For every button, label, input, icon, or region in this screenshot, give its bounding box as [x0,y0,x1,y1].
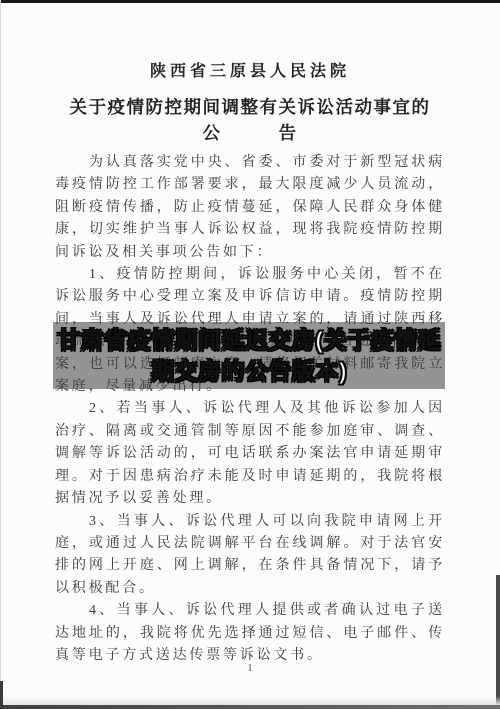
photo-edge-right [496,575,500,709]
caption-overlay: 甘肃省疫情期间延迟交房(关于疫情延 期交房的公告版本) [53,322,445,389]
document-photo: 陕西省三原县人民法院 关于疫情防控期间调整有关诉讼活动事宜的 公 告 为认真落实… [0,0,500,709]
item-3: 3、当事人、诉讼代理人可以向我院申请网上开庭，或通过人民法院调解平台在线调解。对… [55,511,445,601]
photo-bottom-shadow [0,696,500,705]
item-2: 2、若当事人、诉讼代理人及其他诉讼参加人因治疗、隔离或交通管制等原因不能参加庭审… [55,398,445,510]
caption-line-1: 甘肃省疫情期间延迟交房(关于疫情延 [57,325,441,356]
page-number: 1 [0,662,500,674]
court-name: 陕西省三原县人民法院 [55,60,445,84]
item-4: 4、当事人、诉讼代理人提供或者确认过电子送达地址的，我院将优先选择通过短信、电子… [55,600,445,667]
photo-edge-left [0,0,1,709]
photo-edge-bottom [0,705,500,709]
announcement-title: 关于疫情防控期间调整有关诉讼活动事宜的 [55,94,445,120]
photo-edge-top [0,0,500,3]
announcement-body: 为认真落实党中央、省委、市委对于新型冠状病毒疫情防控工作部署要求，最大限度减少人… [55,152,445,667]
caption-line-2: 期交房的公告版本) [151,356,347,387]
announcement-title-line2: 公 告 [55,120,445,146]
intro-paragraph: 为认真落实党中央、省委、市委对于新型冠状病毒疫情防控工作部署要求，最大限度减少人… [55,152,445,264]
photo-edge-corner [0,681,3,709]
